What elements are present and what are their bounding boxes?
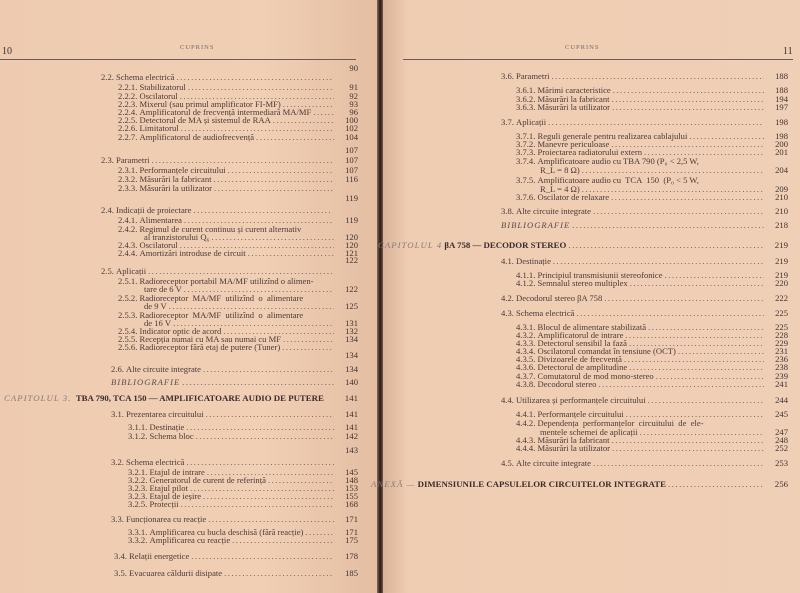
- toc-entry[interactable]: 2.5. Aplicații: [101, 266, 334, 276]
- toc-entry[interactable]: 4.3. Schema electrică225: [501, 308, 788, 318]
- header-rule: [403, 59, 793, 60]
- toc-entry[interactable]: 2.4.4. Amortizări introduse de circuit12…: [118, 248, 358, 258]
- toc-entry[interactable]: 3.1. Prezentarea circuitului141: [111, 409, 358, 419]
- toc-entry[interactable]: 3.3. Funcționarea cu reacție171: [111, 514, 358, 524]
- right-page: CUPRINS 11 3.6. Parametri188 3.6.1. Mări…: [383, 0, 800, 593]
- page-number: 10: [2, 46, 12, 57]
- running-head: CUPRINS: [180, 44, 214, 51]
- toc-entry[interactable]: 4.2. Decodorul stereo βA 758222: [501, 293, 788, 303]
- toc-entry[interactable]: 3.3.2. Amplificarea cu reacție175: [128, 535, 358, 545]
- toc-chapter[interactable]: CAPITOLUL 3. TBA 790, TCA 150 — AMPLIFIC…: [4, 393, 358, 403]
- toc-entry[interactable]: 4.5. Alte circuite integrate253: [501, 458, 788, 468]
- toc-page: 107: [336, 145, 358, 155]
- toc-bibliography[interactable]: BIBLIOGRAFIE218: [501, 220, 788, 230]
- toc-entry[interactable]: 3.1.2. Schema bloc142: [128, 431, 358, 441]
- toc-page: 143: [336, 445, 358, 455]
- toc-entry[interactable]: 3.2.5. Protecții168: [128, 499, 358, 509]
- toc-entry[interactable]: 3.6.3. Măsurări la utilizator197: [516, 102, 788, 112]
- toc-page: 134: [336, 350, 358, 360]
- toc-entry[interactable]: 3.8. Alte circuite integrate210: [501, 206, 788, 216]
- toc-entry[interactable]: 4.4.4. Măsurări la utilizator252: [516, 443, 788, 453]
- toc-entry[interactable]: 3.7. Aplicații198: [501, 117, 788, 127]
- left-page: 10 CUPRINS 90 2.2. Schema electrică 2.2.…: [0, 0, 377, 593]
- toc-page: 122: [336, 255, 358, 265]
- toc-entry[interactable]: 2.3. Parametri107: [101, 155, 358, 165]
- toc-entry[interactable]: 4.1.2. Semnalul stereo multiplex220: [516, 278, 788, 288]
- toc-entry[interactable]: 2.5.6. Radioreceptor fără etaj de putere…: [118, 342, 334, 352]
- toc-entry[interactable]: 2.4. Indicații de proiectare: [101, 205, 334, 215]
- header-rule: [0, 59, 356, 60]
- toc-entry[interactable]: 2.3.3. Măsurări la utilizator: [118, 183, 336, 193]
- toc-entry[interactable]: 2.2.7. Amplificatorul de audiofrecvență1…: [118, 132, 358, 142]
- toc-entry[interactable]: 3.6. Parametri188: [501, 71, 788, 81]
- toc-entry[interactable]: 4.4. Utilizarea și performanțele circuit…: [501, 395, 788, 405]
- toc-entry-continued[interactable]: R_L = 8 Ω)204: [540, 165, 788, 175]
- toc-page: 90: [336, 63, 358, 73]
- toc-annex[interactable]: ANEXĂ — DIMENSIUNILE CAPSULELOR CIRCUITE…: [371, 479, 788, 489]
- toc-bibliography[interactable]: BIBLIOGRAFIE140: [111, 377, 358, 387]
- running-head: CUPRINS: [565, 44, 599, 51]
- toc-entry[interactable]: 3.5. Evacuarea căldurii disipate185: [114, 568, 358, 578]
- toc-entry[interactable]: 2.2. Schema electrică: [101, 72, 334, 82]
- toc-entry[interactable]: 2.6. Alte circuite integrate134: [111, 364, 358, 374]
- toc-page: 119: [336, 193, 358, 203]
- toc-entry[interactable]: 4.1. Destinație219: [501, 256, 788, 266]
- toc-entry[interactable]: 3.7.6. Oscilator de relaxare210: [516, 192, 788, 202]
- toc-entry[interactable]: 3.4. Relații energetice178: [114, 551, 358, 561]
- toc-chapter[interactable]: CAPITOLUL 4 βA 758 — DECODOR STEREO219: [378, 240, 788, 250]
- toc-entry[interactable]: 3.2. Schema electrică: [111, 457, 336, 467]
- page-number: 11: [783, 46, 793, 57]
- toc-entry[interactable]: 4.3.8. Decodorul stereo241: [516, 379, 788, 389]
